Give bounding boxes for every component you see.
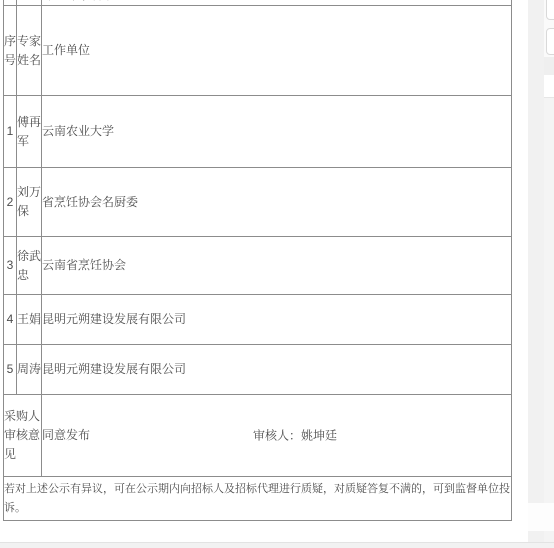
- review-label: 采购人审核意见: [4, 395, 42, 477]
- expert-unit: 云南省烹饪协会: [42, 237, 512, 295]
- right-panel-gray-block: [544, 57, 554, 75]
- expert-row: 5 周涛 昆明元朔建设发展有限公司: [4, 345, 512, 395]
- expert-name: 刘万保: [17, 168, 42, 237]
- expert-unit: 云南农业大学: [42, 96, 512, 168]
- expert-publicity-table: 评标专家名单 序号 专家姓名 工作单位 1 傅再军 云南农业大学 2 刘万保 省…: [3, 0, 512, 521]
- expert-no: 2: [4, 168, 17, 237]
- expert-row: 1 傅再军 云南农业大学: [4, 96, 512, 168]
- expert-row: 2 刘万保 省烹饪协会名厨委: [4, 168, 512, 237]
- review-reviewer: 审核人：姚坤廷: [253, 426, 337, 445]
- review-row: 采购人审核意见 同意发布 审核人：姚坤廷: [4, 395, 512, 477]
- expert-no: 5: [4, 345, 17, 395]
- right-panel-button-bottom[interactable]: [546, 28, 554, 55]
- expert-unit: 昆明元朔建设发展有限公司: [42, 295, 512, 345]
- expert-name: 王娟: [17, 295, 42, 345]
- expert-row: 4 王娟 昆明元朔建设发展有限公司: [4, 295, 512, 345]
- expert-publicity-table-wrapper: 评标专家名单 序号 专家姓名 工作单位 1 傅再军 云南农业大学 2 刘万保 省…: [3, 0, 512, 521]
- column-header-no: 序号: [4, 6, 17, 96]
- expert-name: 傅再军: [17, 96, 42, 168]
- expert-row: 3 徐武忠 云南省烹饪协会: [4, 237, 512, 295]
- expert-no: 4: [4, 295, 17, 345]
- column-header-name: 专家姓名: [17, 6, 42, 96]
- right-panel-white-band-lower: [528, 503, 554, 531]
- bottom-edge-strip: [0, 542, 554, 548]
- column-header-unit: 工作单位: [42, 6, 512, 96]
- expert-name: 周涛: [17, 345, 42, 395]
- notice-row: 若对上述公示有异议，可在公示期内向招标人及招标代理进行质疑，对质疑答复不满的，可…: [4, 477, 512, 521]
- expert-unit: 省烹饪协会名厨委: [42, 168, 512, 237]
- right-panel-white-band: [544, 75, 554, 98]
- notice-text: 若对上述公示有异议，可在公示期内向招标人及招标代理进行质疑，对质疑答复不满的，可…: [4, 477, 512, 521]
- expert-no: 3: [4, 237, 17, 295]
- right-panel-gray-strip: [528, 0, 544, 548]
- expert-no: 1: [4, 96, 17, 168]
- review-content: 同意发布 审核人：姚坤廷: [42, 395, 512, 477]
- expert-name: 徐武忠: [17, 237, 42, 295]
- right-panel-button-top[interactable]: [546, 0, 554, 20]
- review-opinion: 同意发布: [42, 428, 90, 442]
- table-header-row: 序号 专家姓名 工作单位: [4, 6, 512, 96]
- expert-unit: 昆明元朔建设发展有限公司: [42, 345, 512, 395]
